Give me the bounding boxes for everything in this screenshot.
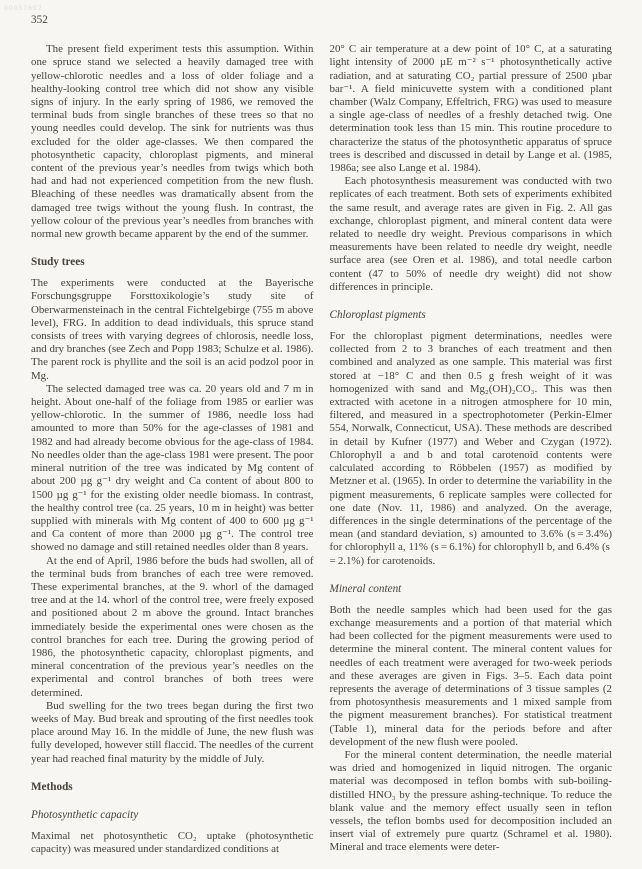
right-column: 20° C air temperature at a dew point of … <box>330 43 613 856</box>
page-number: 352 <box>31 14 612 27</box>
journal-page: 00057607 352 The present field experimen… <box>0 0 642 869</box>
mineral-content-paragraph-2: For the mineral content determination, t… <box>330 749 613 855</box>
left-column: The present field experiment tests this … <box>31 43 314 856</box>
section-heading-methods: Methods <box>31 781 314 794</box>
methods-paragraph-2: Each photosynthesis measurement was cond… <box>330 175 613 294</box>
scan-stamp: 00057607 <box>4 2 43 15</box>
subheading-photosynthetic-capacity: Photosynthetic capacity <box>31 809 314 822</box>
intro-paragraph: The present field experiment tests this … <box>31 43 314 241</box>
mineral-content-paragraph-1: Both the needle samples which had been u… <box>330 604 613 749</box>
study-trees-paragraph-2: The selected damaged tree was ca. 20 yea… <box>31 383 314 555</box>
methods-paragraph-1: Maximal net photosynthetic CO₂ uptake (p… <box>31 830 314 856</box>
study-trees-paragraph-1: The experiments were conducted at the Ba… <box>31 277 314 383</box>
study-trees-paragraph-4: Bud swelling for the two trees began dur… <box>31 700 314 766</box>
chloroplast-pigments-paragraph: For the chloroplast pigment determinatio… <box>330 330 613 568</box>
two-column-layout: The present field experiment tests this … <box>31 43 612 856</box>
methods-paragraph-1-continued: 20° C air temperature at a dew point of … <box>330 43 613 175</box>
section-heading-study-trees: Study trees <box>31 256 314 269</box>
study-trees-paragraph-3: At the end of April, 1986 before the bud… <box>31 555 314 700</box>
subheading-chloroplast-pigments: Chloroplast pigments <box>330 309 613 322</box>
subheading-mineral-content: Mineral content <box>330 583 613 596</box>
